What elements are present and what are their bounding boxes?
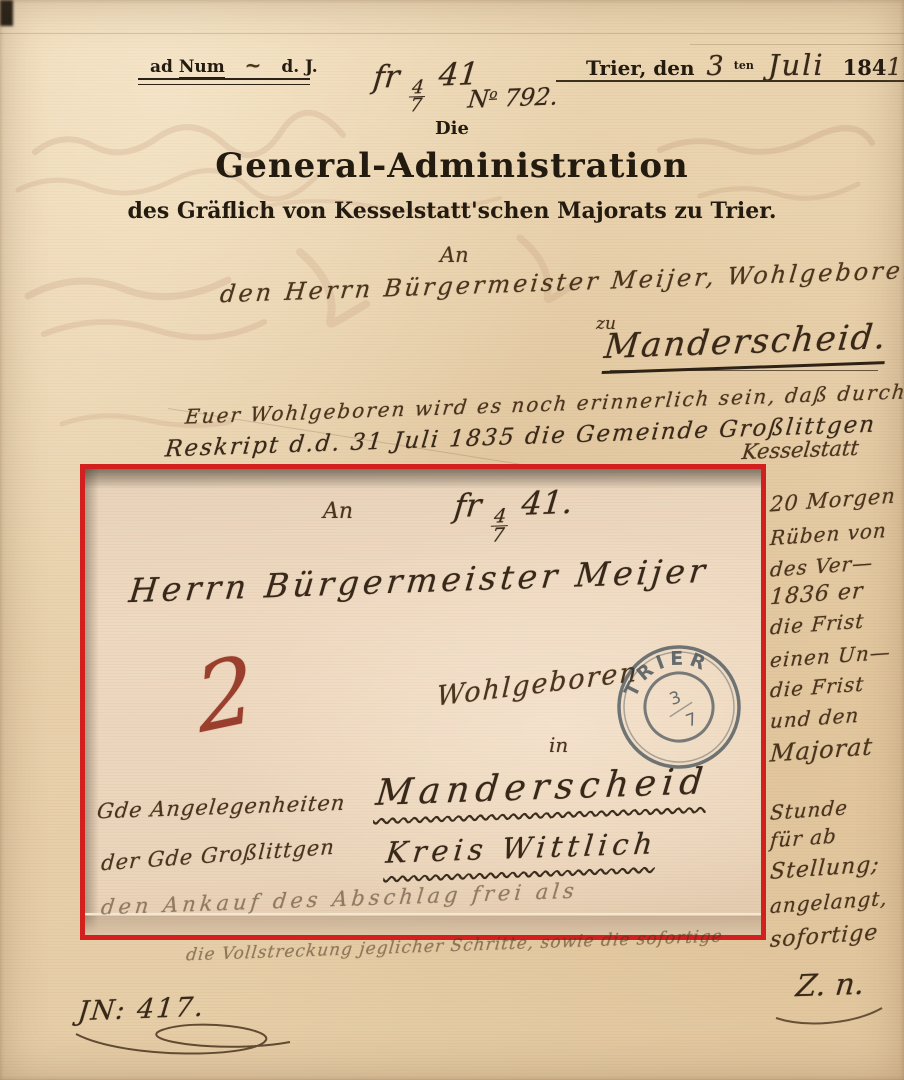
inset-destination-district: Kreis Wittlich	[384, 826, 659, 870]
right-column-fragment: die Frist	[769, 609, 865, 640]
closing-paraph: Z. n.	[794, 967, 866, 1005]
right-column-fragment: des Ver—	[769, 550, 874, 581]
dateline-month: Juli	[768, 48, 825, 82]
letterhead-line1: Die	[0, 118, 904, 139]
letter-scan-page: ad Num ~ d. J. Trier, den 3 ten Juli 184…	[0, 0, 904, 1080]
inset-side-note-line1: Gde Angelegenheiten	[96, 791, 347, 824]
fold-crease-top	[0, 33, 904, 34]
inset-preposition: in	[549, 733, 568, 757]
dateline-year-final-digit: 1.	[887, 53, 904, 81]
document-number-sup: o	[489, 87, 499, 102]
address-place-second-underline	[610, 370, 878, 371]
filing-note: fr 47 41	[369, 56, 480, 117]
filing-prefix: fr	[371, 59, 401, 96]
inset-top-shadow	[85, 469, 761, 489]
right-column-fragment: Majorat	[769, 732, 874, 767]
inset-salutation: An	[323, 499, 353, 524]
paper-corner-smudge	[0, 0, 13, 26]
postmark-day: 3	[667, 687, 684, 709]
envelope-inset-photo: An fr 47 41. Herrn Bürgermeister Meijer …	[80, 464, 766, 940]
right-column-fragment: und den	[769, 703, 860, 733]
registry-ad-label: ad	[150, 57, 173, 77]
inset-left-shadow	[85, 469, 99, 935]
letterhead-line2: General-Administration	[0, 146, 904, 186]
inset-filing-suffix: 41.	[520, 483, 575, 523]
filing-fraction: 47	[407, 78, 427, 115]
address-place: Manderscheid.	[602, 317, 890, 374]
dateline-day: 3	[707, 51, 724, 82]
right-column-fragment: sofortige	[769, 920, 879, 953]
right-column-fragment: 1836 er	[769, 579, 864, 611]
document-number-n: N	[467, 85, 491, 114]
right-column-fragment: einen Un—	[769, 640, 891, 673]
registry-double-rule	[138, 78, 310, 85]
fold-crease-dateline	[690, 44, 904, 45]
registry-handwritten-mark: ~	[231, 53, 276, 77]
registry-num-label: Num	[179, 57, 225, 80]
letterhead-line3: des Gräflich von Kesselstatt'schen Major…	[0, 198, 904, 224]
inset-filing-note: fr 47 41.	[450, 483, 575, 547]
right-column-fragment: die Frist	[769, 672, 865, 703]
right-column-fragment: für ab	[769, 824, 837, 853]
inset-filing-prefix: fr	[452, 486, 483, 525]
address-salutation: An	[440, 243, 469, 267]
document-number: No 792.	[467, 82, 560, 113]
inset-filing-fraction: 47	[489, 507, 509, 545]
dateline-printed-place: Trier, den	[586, 56, 695, 80]
inset-side-note-line2: der Gde Großlittgen	[100, 835, 335, 876]
dateline-year-printed: 184	[843, 55, 887, 80]
registry-dj-label: d. J.	[281, 57, 317, 77]
dateline-ordinal: ten	[734, 59, 754, 72]
postmark-town: TRIER	[612, 635, 719, 706]
right-column-fragment: 20 Morgen	[769, 484, 896, 517]
dateline: Trier, den 3 ten Juli 1841.	[586, 48, 904, 82]
journal-number: JN: 417.	[76, 992, 206, 1028]
postage-due-marking: 2	[191, 635, 260, 754]
body-line3-fragment: Kesselstatt	[741, 436, 860, 464]
right-column-fragment: Rüben von	[769, 518, 887, 550]
filing-fraction-denominator: 7	[407, 96, 425, 115]
right-column-fragment: angelangt,	[769, 886, 888, 918]
right-column-fragment: Stellung;	[769, 852, 880, 885]
inset-destination-place: Manderscheid	[374, 761, 711, 814]
document-number-value: 792.	[503, 82, 559, 112]
dateline-rule	[556, 80, 904, 82]
address-line1: den Herrn Bürgermeister Meijer, Wohlgebo…	[219, 256, 904, 309]
inset-addressee-line: Herrn Bürgermeister Meijer	[127, 551, 711, 610]
registry-block: ad Num ~ d. J.	[150, 53, 318, 77]
right-column-fragment: Stunde	[769, 795, 849, 825]
inset-filing-fraction-denominator: 7	[489, 525, 507, 545]
svg-text:TRIER: TRIER	[612, 635, 719, 706]
postmark-month: 7	[683, 709, 700, 731]
filing-fraction-numerator: 4	[411, 78, 425, 96]
